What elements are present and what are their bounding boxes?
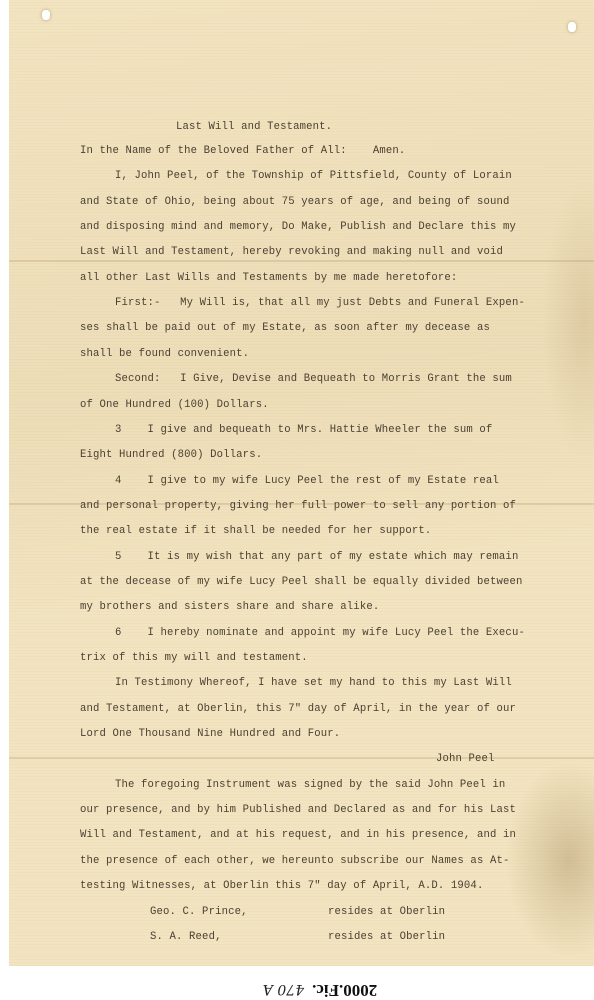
attestation-line: testing Witnesses, at Oberlin this 7" da… (80, 880, 483, 892)
witness-name: S. A. Reed, (150, 931, 222, 943)
document-line: my brothers and sisters share and share … (80, 601, 379, 613)
fold-crease (9, 757, 594, 759)
document-line: of One Hundred (100) Dollars. (80, 399, 269, 411)
document-line: all other Last Wills and Testaments by m… (80, 272, 457, 284)
fold-crease (9, 260, 594, 262)
attestation-line: The foregoing Instrument was signed by t… (115, 779, 505, 791)
testator-signature: John Peel (436, 753, 495, 765)
witness-name: Geo. C. Prince, (150, 906, 248, 918)
document-line: and personal property, giving her full p… (80, 500, 516, 512)
witness-residence: resides at Oberlin (328, 906, 445, 918)
attestation-line: the presence of each other, we hereunto … (80, 855, 509, 867)
attestation-line: our presence, and by him Published and D… (80, 804, 516, 816)
document-line: I, John Peel, of the Township of Pittsfi… (115, 170, 512, 182)
catalog-number: 2000.Fic. (312, 981, 377, 1000)
document-line: at the decease of my wife Lucy Peel shal… (80, 576, 523, 588)
document-title: Last Will and Testament. (176, 121, 332, 133)
document-line: Second: I Give, Devise and Bequeath to M… (115, 373, 512, 385)
document-line: 5 It is my wish that any part of my esta… (115, 551, 518, 563)
document-line: and disposing mind and memory, Do Make, … (80, 221, 516, 233)
document-line: 3 I give and bequeath to Mrs. Hattie Whe… (115, 424, 492, 436)
document-line: ses shall be paid out of my Estate, as s… (80, 322, 490, 334)
document-line: and State of Ohio, being about 75 years … (80, 196, 509, 208)
document-line: 6 I hereby nominate and appoint my wife … (115, 627, 525, 639)
document-line: shall be found convenient. (80, 348, 249, 360)
document-line: 4 I give to my wife Lucy Peel the rest o… (115, 475, 499, 487)
document-line: the real estate if it shall be needed fo… (80, 525, 431, 537)
document-line: Last Will and Testament, hereby revoking… (80, 246, 503, 258)
attestation-line: Will and Testament, and at his request, … (80, 829, 516, 841)
document-line: and Testament, at Oberlin, this 7" day o… (80, 703, 516, 715)
document-line: In Testimony Whereof, I have set my hand… (115, 677, 512, 689)
document-line: trix of this my will and testament. (80, 652, 308, 664)
document-line: Eight Hundred (800) Dollars. (80, 449, 262, 461)
punch-hole-right (568, 22, 576, 32)
document-line: In the Name of the Beloved Father of All… (80, 145, 405, 157)
catalog-handwritten-number: 470 A (263, 981, 304, 997)
witness-residence: resides at Oberlin (328, 931, 445, 943)
document-line: Lord One Thousand Nine Hundred and Four. (80, 728, 340, 740)
punch-hole-left (42, 10, 50, 20)
document-line: First:- My Will is, that all my just Deb… (115, 297, 525, 309)
catalog-label: 2000.Fic.470 A (185, 968, 455, 1000)
